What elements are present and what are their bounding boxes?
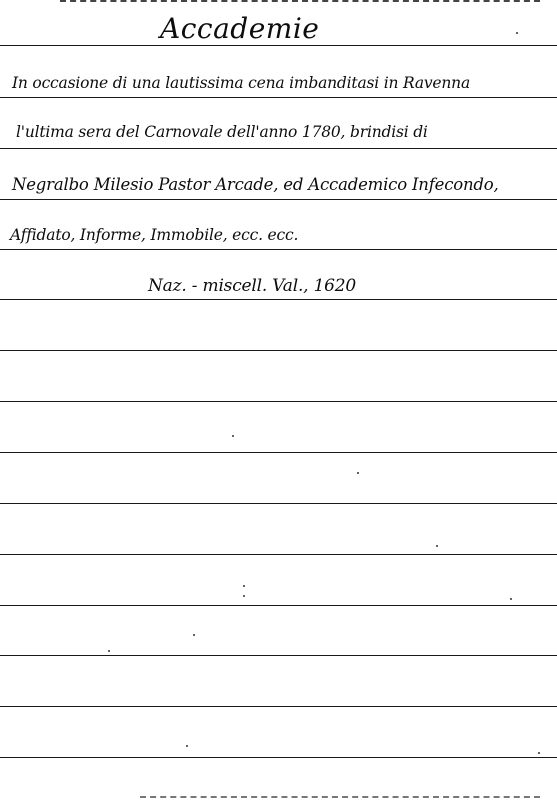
entry-line-3: Negralbo Milesio Pastor Arcade, ed Accad… (12, 175, 499, 194)
ruled-line (0, 148, 557, 149)
ruled-line (0, 706, 557, 707)
ruled-line (0, 503, 557, 504)
ruled-line (0, 97, 557, 98)
ruled-line (0, 757, 557, 758)
scan-speck (538, 752, 540, 754)
scan-speck (510, 598, 512, 600)
ruled-line (0, 655, 557, 656)
entry-line-2: l'ultima sera del Carnovale dell'anno 17… (16, 123, 428, 141)
ruled-line (0, 350, 557, 351)
scan-speck (243, 595, 245, 597)
scan-speck (243, 585, 245, 587)
entry-line-4: Affidato, Informe, Immobile, ecc. ecc. (10, 226, 298, 244)
ruled-line (0, 401, 557, 402)
ruled-line (0, 199, 557, 200)
ruled-line (0, 452, 557, 453)
scan-speck (436, 545, 438, 547)
card-title: Accademie (160, 12, 319, 45)
top-edge-marks (60, 0, 540, 2)
scan-speck (193, 634, 195, 636)
scan-speck (516, 32, 518, 34)
ruled-line (0, 554, 557, 555)
source-reference: Naz. - miscell. Val., 1620 (148, 276, 356, 296)
ruled-line (0, 45, 557, 46)
scan-speck (186, 745, 188, 747)
scan-speck (357, 472, 359, 474)
ruled-line (0, 299, 557, 300)
bottom-edge-marks (140, 796, 540, 798)
scan-speck (108, 650, 110, 652)
entry-line-1: In occasione di una lautissima cena imba… (12, 74, 470, 92)
scan-speck (232, 435, 234, 437)
ruled-line (0, 605, 557, 606)
ruled-line (0, 249, 557, 250)
